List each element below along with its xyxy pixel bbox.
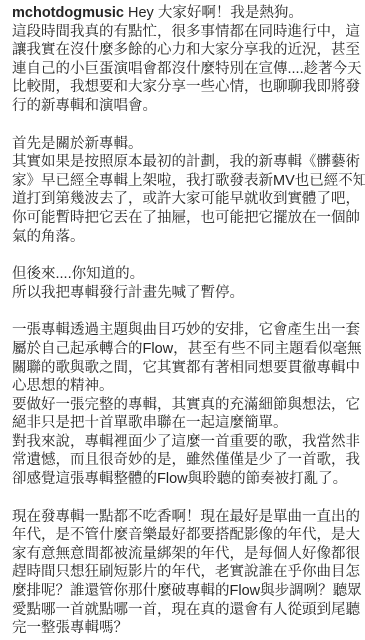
caption-line: 行的新專輯和演唱會。 — [12, 97, 361, 116]
caption-paragraph: mchotdogmusic Hey 大家好啊！我是熱狗。這段時間我真的有點忙，很… — [12, 4, 361, 116]
caption-line: 你可能暫時把它丟在了抽屜，也可能把它擺放在一個帥 — [12, 209, 361, 228]
caption-line: 所以我把專輯發行計畫先喊了暫停。 — [12, 284, 361, 303]
post-caption: mchotdogmusic Hey 大家好啊！我是熱狗。這段時間我真的有點忙，很… — [0, 0, 365, 640]
caption-line: 其實如果是按照原本最初的計劃，我的新專輯《髒藝術 — [12, 153, 361, 172]
caption-line: 道打到第幾波去了，或許大家可能早就收到實體了吧， — [12, 190, 361, 209]
caption-line: 趕時間只想狂刷短影片的年代，老實說誰在乎你曲目怎 — [12, 563, 361, 582]
caption-paragraph: 首先是關於新專輯。其實如果是按照原本最初的計劃，我的新專輯《髒藝術家》早已經全專… — [12, 135, 361, 247]
username-link[interactable]: mchotdogmusic — [12, 5, 124, 21]
caption-line: 現在發專輯一點都不吃香啊！現在最好是單曲一直出的 — [12, 508, 361, 527]
caption-line: 連自己的小巨蛋演唱會都沒什麼特別在宣傳....趁著今天 — [12, 60, 361, 79]
caption-line: 屬於自己起承轉合的Flow，甚至有些不同主題看似毫無 — [12, 340, 361, 359]
caption-line: 這段時間我真的有點忙，很多事情都在同時進行中，這 — [12, 23, 361, 42]
caption-line: 卻感覺這張專輯整體的Flow與聆聽的節奏被打亂了。 — [12, 470, 361, 489]
caption-paragraph: 但後來....你知道的。所以我把專輯發行計畫先喊了暫停。 — [12, 265, 361, 302]
caption-line: 關聯的歌與歌之間，它其實都有著相同想要貫徹專輯中 — [12, 359, 361, 378]
caption-paragraph: 一張專輯透過主題與曲目巧妙的安排，它會產生出一套屬於自己起承轉合的Flow，甚至… — [12, 321, 361, 488]
caption-line: 常遺憾，而且很奇妙的是，雖然僅僅是少了一首歌，我 — [12, 451, 361, 470]
caption-line: 一張專輯透過主題與曲目巧妙的安排，它會產生出一套 — [12, 321, 361, 340]
caption-line: 家有意無意間都被流量綁架的年代，是每個人好像都很 — [12, 545, 361, 564]
caption-line: 讓我實在沒什麼多餘的心力和大家分享我的近況，甚至 — [12, 41, 361, 60]
caption-line: 要做好一張完整的專輯，其實真的充滿細節與想法，它 — [12, 396, 361, 415]
caption-line: 絕非只是把十首單歌串聯在一起這麼簡單。 — [12, 414, 361, 433]
caption-line: 家》早已經全專輯上架啦，我打歌發表新MV也已經不知 — [12, 172, 361, 191]
caption-line: 首先是關於新專輯。 — [12, 135, 361, 154]
caption-paragraph: 現在發專輯一點都不吃香啊！現在最好是單曲一直出的年代，是不管什麼音樂最好都要搭配… — [12, 508, 361, 638]
caption-line: 愛點哪一首就點哪一首，現在真的還會有人從頭到尾聽 — [12, 601, 361, 620]
caption-line: 完一整張專輯嗎？ — [12, 619, 361, 638]
caption-line: 麼排呢？誰還管你那什麼破專輯的Flow與步調咧？聽眾 — [12, 582, 361, 601]
caption-line: mchotdogmusic Hey 大家好啊！我是熱狗。 — [12, 4, 361, 23]
caption-line: 年代，是不管什麼音樂最好都要搭配影像的年代，是大 — [12, 526, 361, 545]
caption-line: 心思想的精神。 — [12, 377, 361, 396]
caption-line: 但後來....你知道的。 — [12, 265, 361, 284]
caption-line: 對我來說，專輯裡面少了這麼一首重要的歌，我當然非 — [12, 433, 361, 452]
caption-line: 比較閒，我想要和大家分享一些心情，也聊聊我即將發 — [12, 78, 361, 97]
caption-line: 氣的角落。 — [12, 228, 361, 247]
